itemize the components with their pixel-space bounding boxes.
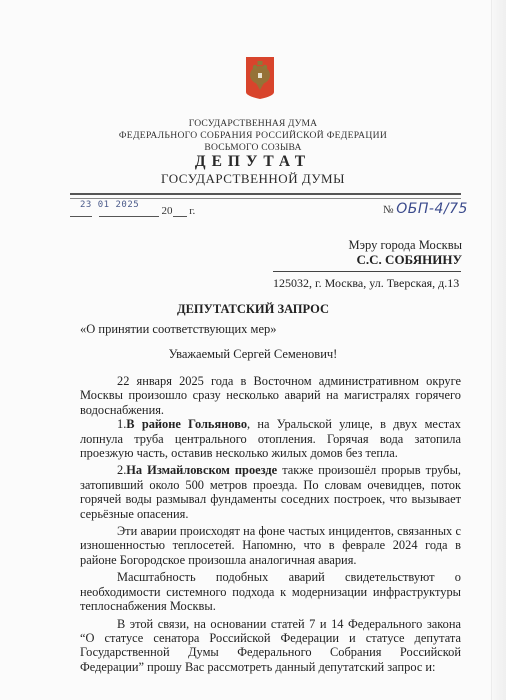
year-blank xyxy=(173,205,187,217)
header-line-federal-assembly: ФЕДЕРАЛЬНОГО СОБРАНИЯ РОССИЙСКОЙ ФЕДЕРАЦ… xyxy=(0,130,506,141)
paragraph-item-golyanovo: 1.В районе Гольяново, на Уральской улице… xyxy=(80,417,461,460)
paragraph: Эти аварии происходят на фоне частых инц… xyxy=(80,524,461,567)
coat-of-arms-icon xyxy=(245,56,275,100)
day-blank xyxy=(70,205,92,217)
addressee-address: 125032, г. Москва, ул. Тверская, д.13 xyxy=(273,276,459,291)
address-divider xyxy=(273,271,461,272)
month-blank xyxy=(99,205,159,217)
paragraph: В этой связи, на основании статей 7 и 14… xyxy=(80,617,461,675)
date-template: 20 г. xyxy=(70,205,195,217)
document-page: ГОСУДАРСТВЕННАЯ ДУМА ФЕДЕРАЛЬНОГО СОБРАН… xyxy=(0,0,506,700)
addressee-position: Мэру города Москвы xyxy=(349,238,462,253)
header-title: ДЕПУТАТ xyxy=(0,153,506,171)
paragraph: Масштабность подобных аварий свидетельст… xyxy=(80,570,461,613)
header-line-convocation: ВОСЬМОГО СОЗЫВА xyxy=(0,142,506,153)
document-subject: «О принятии соответствующих мер» xyxy=(80,322,277,337)
header-subtitle: ГОСУДАРСТВЕННОЙ ДУМЫ xyxy=(0,171,506,187)
registration-number: № ОБП-4/75 xyxy=(383,201,468,217)
header-divider xyxy=(70,193,461,199)
document-title: ДЕПУТАТСКИЙ ЗАПРОС xyxy=(0,302,506,317)
document-body: 22 января 2025 года в Восточном админист… xyxy=(80,374,461,674)
paragraph: 22 января 2025 года в Восточном админист… xyxy=(80,374,461,417)
header-line-duma: ГОСУДАРСТВЕННАЯ ДУМА xyxy=(0,118,506,129)
number-label: № xyxy=(383,204,394,216)
greeting: Уважаемый Сергей Семенович! xyxy=(0,347,506,362)
year-suffix: г. xyxy=(189,205,195,217)
addressee-name: С.С. СОБЯНИНУ xyxy=(357,252,462,268)
paragraph-item-izmailovsky: 2.На Измайловском проезде также произошё… xyxy=(80,463,461,521)
year-prefix: 20 xyxy=(162,205,173,217)
number-value: ОБП-4/75 xyxy=(396,201,468,217)
